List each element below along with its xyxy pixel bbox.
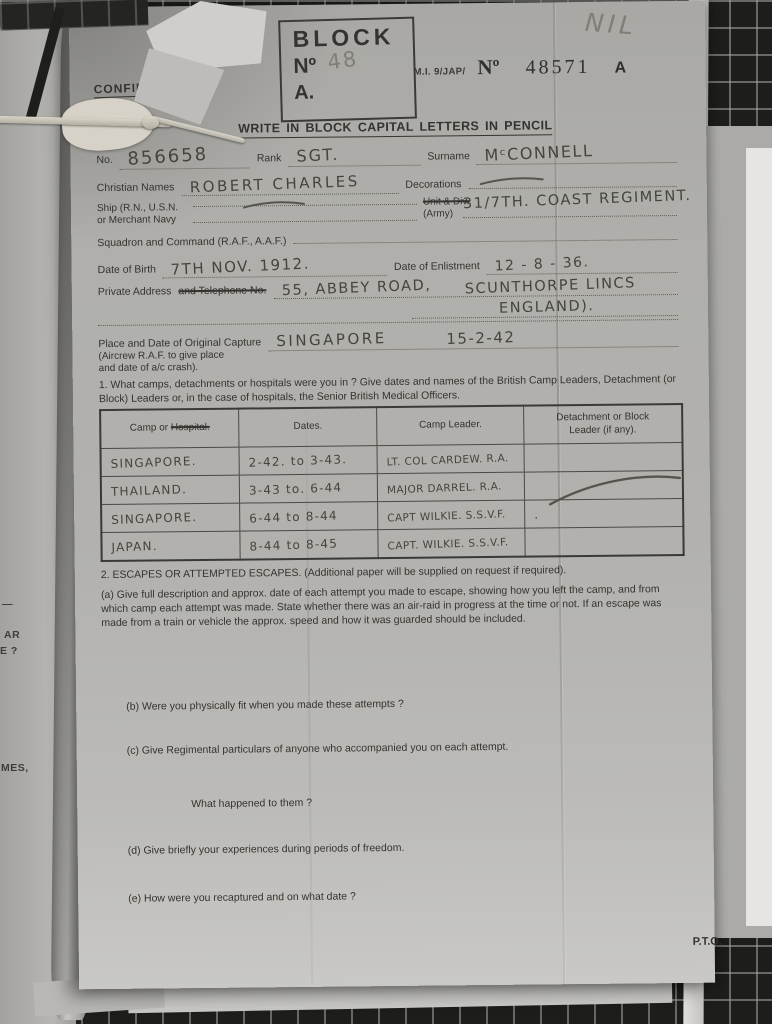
ref-suffix: A [614, 60, 626, 78]
no-label: No. [96, 154, 112, 166]
string-knot [142, 116, 159, 129]
header-camp-prefix: Camp or [130, 423, 171, 434]
scanned-pow-form-photo: { "edge": { "frag_dash": "—", "frag1": "… [0, 0, 772, 1024]
unit-answer-line [463, 215, 677, 218]
camps-table-header-row: Camp or Hospital. Dates. Camp Leader. De… [100, 404, 682, 449]
header-dates: Dates. [239, 407, 378, 447]
ref-no-label: Nº [477, 55, 499, 80]
leader-1: MAJOR DARREL. R.A. [387, 480, 502, 496]
cell-camp-3: JAPAN. [101, 531, 240, 561]
decorations-dash-mark [476, 174, 546, 187]
dob-label: Date of Birth [98, 263, 156, 276]
row-no-rank-surname: No. 856658 Rank SGT. Surname MᶜCONNELL [96, 141, 676, 170]
stamp-letter: A. [294, 79, 415, 105]
camps-table-wrap: Camp or Hospital. Dates. Camp Leader. De… [99, 403, 685, 563]
camp-2: SINGAPORE. [111, 509, 197, 526]
decorations-field [468, 173, 676, 189]
capture-note: (Aircrew R.A.F. to give place and date o… [98, 350, 224, 375]
question-2c-text: (c) Give Regimental particulars of anyon… [127, 739, 667, 758]
squadron-field [293, 238, 677, 244]
address-continuation-line [98, 319, 678, 326]
pto-footer: P.T.O. [693, 935, 722, 950]
question-2e-text: (e) How were you recaptured and on what … [128, 887, 668, 906]
no-value: 856658 [127, 144, 209, 170]
surname-field: MᶜCONNELL [477, 142, 677, 165]
row-capture: Place and Date of Original Capture SINGA… [98, 327, 678, 353]
rank-field: SGT. [288, 145, 420, 167]
address-field: 55, ABBEY ROAD, SCUNTHORPE LINCS [273, 277, 678, 299]
question-2b-text: (b) Were you physically fit when you mad… [126, 695, 666, 714]
leader-2: CAPT WILKIE. S.S.V.F. [387, 508, 506, 524]
dates-3: 8-44 to 8-45 [249, 536, 338, 553]
address-value-2: SCUNTHORPE LINCS [465, 275, 637, 297]
cell-dates-2: 6-44 to 8-44 [240, 502, 379, 531]
christian-names-field: ROBERT CHARLES [181, 174, 398, 196]
cell-leader-1: MAJOR DARREL. R.A. [378, 472, 525, 502]
question-1-text: 1. What camps, detachments or hospitals … [99, 373, 683, 406]
dates-2: 6-44 to 8-44 [249, 508, 338, 525]
capture-field: SINGAPORE 15-2-42 [268, 327, 678, 351]
ship-label-line1: Ship (R.N., U.S.N. [97, 202, 178, 215]
decorations-label: Decorations [405, 178, 461, 191]
instruction-heading: WRITE IN BLOCK CAPITAL LETTERS IN PENCIL [238, 118, 553, 138]
row-address-line2: ENGLAND). [412, 298, 678, 319]
leader-0: LT. COL CARDEW. R.A. [387, 452, 509, 468]
margin-fragment-1: AR [4, 629, 20, 641]
enlistment-field: 12 - 8 - 36. [487, 255, 678, 275]
ship-label-line2: or Merchant Navy [97, 214, 178, 227]
cell-dates-1: 3-43 to. 6-44 [239, 474, 378, 503]
question-2-heading: 2. ESCAPES OR ATTEMPTED ESCAPES. (Additi… [101, 563, 685, 583]
detach-2: . [534, 507, 540, 521]
header-detachment: Detachment or BlockLeader (if any). [524, 404, 683, 444]
question-2d-text: (d) Give briefly your experiences during… [128, 839, 668, 858]
detachment-pencil-curve [540, 465, 690, 511]
ship-dash-mark [239, 197, 309, 212]
dob-field: 7TH NOV. 1912. [163, 256, 387, 278]
dates-0: 2-42. to 3-43. [248, 452, 347, 469]
no-field: 856658 [120, 145, 250, 169]
dob-value: 7TH NOV. 1912. [171, 254, 311, 278]
table-row: JAPAN. 8-44 to 8-45 CAPT. WILKIE. S.S.V.… [101, 526, 683, 561]
address-struck-label: and Telephone No. [178, 284, 266, 297]
rank-value: SGT. [296, 145, 340, 166]
dates-1: 3-43 to. 6-44 [249, 480, 343, 497]
margin-fragment-dash: — [2, 598, 13, 610]
stamp-hand-number: 48 [326, 47, 360, 75]
address-value-3: ENGLAND). [499, 298, 595, 317]
form-page: NIL BLOCK Nº A. 48 M.I. 9/JAP/ Nº 48571 … [69, 1, 715, 990]
serial-reference: M.I. 9/JAP/ Nº 48571 A [413, 54, 626, 81]
enlistment-label: Date of Enlistment [394, 260, 480, 273]
squadron-label: Squadron and Command (R.A.F., A.A.F.) [97, 235, 286, 249]
cell-leader-2: CAPT WILKIE. S.S.V.F. [378, 500, 525, 530]
address-label: Private Address [98, 285, 172, 298]
christian-names-value: ROBERT CHARLES [189, 172, 360, 196]
capture-date-value: 15-2-42 [446, 328, 516, 348]
leader-3: CAPT. WILKIE. S.S.V.F. [388, 536, 509, 552]
background-grid-patch [0, 0, 148, 31]
enlistment-value: 12 - 8 - 36. [494, 254, 590, 274]
camp-1: THAILAND. [111, 482, 188, 499]
header-camp-struck: Hospital. [171, 422, 210, 433]
capture-place-value: SINGAPORE [276, 329, 387, 350]
header-camp-leader: Camp Leader. [377, 406, 524, 446]
question-2a-text: (a) Give full description and approx. da… [101, 582, 689, 631]
address-value-1: 55, ABBEY ROAD, [281, 278, 431, 299]
capture-label: Place and Date of Original Capture [98, 336, 261, 350]
capture-note-line2: and date of a/c crash). [99, 362, 225, 375]
surname-label: Surname [427, 150, 470, 162]
rank-label: Rank [257, 152, 282, 164]
ship-label: Ship (R.N., U.S.N. or Merchant Navy [97, 202, 178, 227]
header-detachment-line2: Leader (if any). [528, 424, 677, 438]
cell-leader-3: CAPT. WILKIE. S.S.V.F. [378, 528, 525, 558]
cell-camp-0: SINGAPORE. [100, 447, 239, 476]
ref-number: 48571 [525, 56, 590, 80]
camp-3: JAPAN. [111, 538, 158, 554]
camp-0: SINGAPORE. [110, 453, 196, 470]
christian-names-label: Christian Names [97, 181, 175, 194]
margin-fragment-2: E ? [0, 645, 18, 657]
cell-camp-2: SINGAPORE. [101, 503, 240, 532]
cell-camp-1: THAILAND. [101, 475, 240, 504]
surname-value: MᶜCONNELL [485, 141, 595, 165]
margin-fragment-3: MES, [1, 762, 29, 774]
header-camp: Camp or Hospital. [100, 409, 239, 449]
page-edge-right-white [746, 148, 772, 926]
pencil-note-nil: NIL [584, 8, 638, 41]
cell-dates-0: 2-42. to 3-43. [239, 446, 378, 475]
cell-dates-3: 8-44 to 8-45 [240, 530, 379, 560]
address-field-line2: ENGLAND). [412, 298, 678, 319]
cell-detach-3 [525, 526, 684, 556]
cell-leader-0: LT. COL CARDEW. R.A. [377, 444, 524, 474]
ref-prefix: M.I. 9/JAP/ [414, 66, 466, 78]
capture-note-line1: (Aircrew R.A.F. to give place [98, 350, 224, 363]
question-2c-followup-text: What happened to them ? [191, 794, 591, 812]
